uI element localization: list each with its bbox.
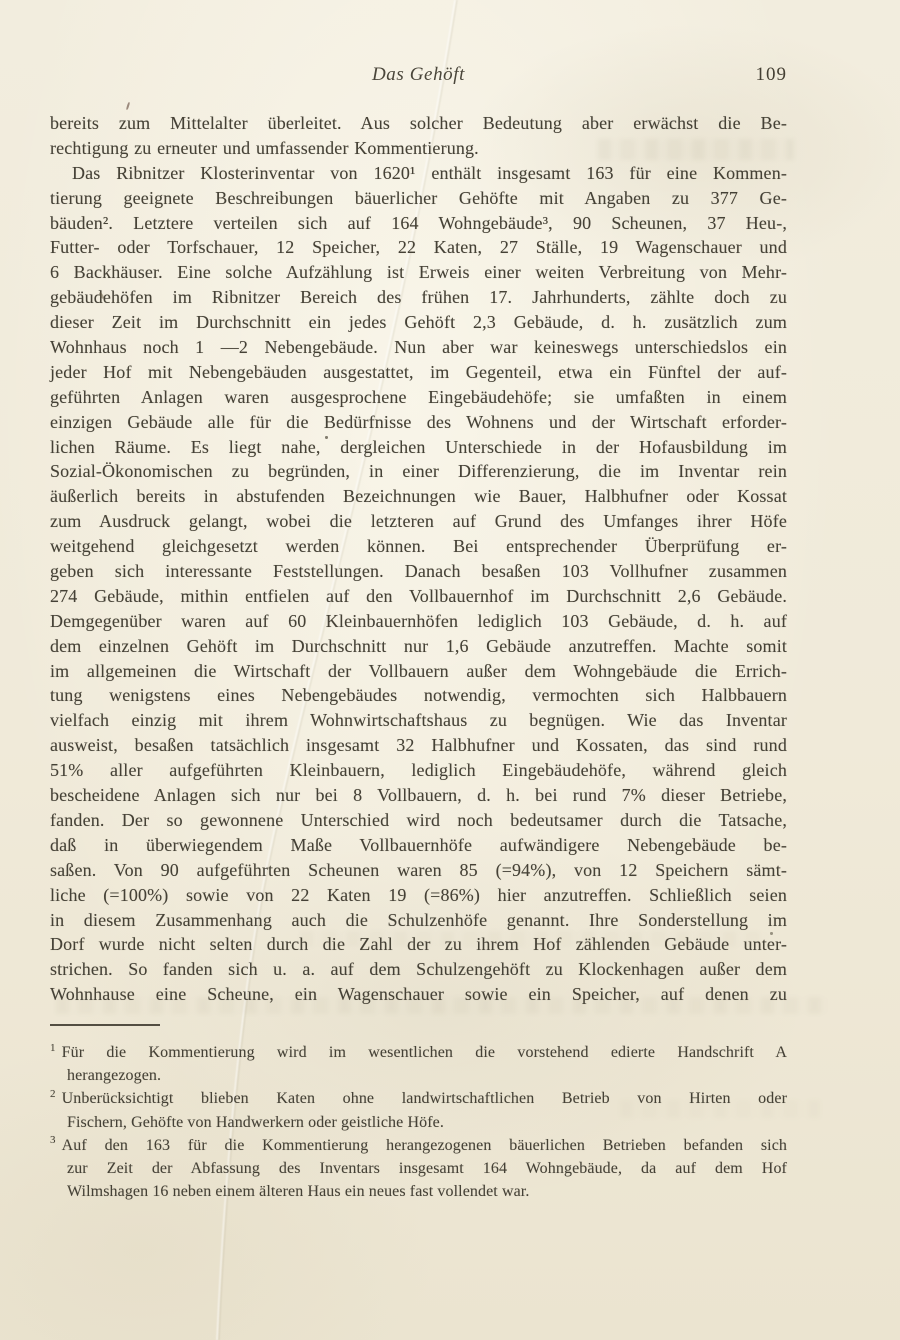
text-line: geben sich interessante Feststellungen. …	[50, 559, 787, 584]
text-line: gebäudehöfen im Ribnitzer Bereich des fr…	[50, 285, 787, 310]
footnote-marker: 1	[50, 1042, 56, 1054]
footnote-first-line: 3Auf den 163 für die Kommentierung heran…	[50, 1134, 787, 1157]
text-line: 51% aller aufgeführten Kleinbauern, ledi…	[50, 758, 787, 783]
footnote-line: Wilmshagen 16 neben einem älteren Haus e…	[50, 1180, 787, 1203]
text-line: tung wenigstens eines Nebengebäudes notw…	[50, 683, 787, 708]
footnote-marker: 3	[50, 1134, 56, 1146]
text-line: jeder Hof mit Nebengebäuden ausgestattet…	[50, 360, 787, 385]
footnote-marker: 2	[50, 1088, 56, 1100]
text-line: bescheidene Anlagen sich nur bei 8 Vollb…	[50, 783, 787, 808]
text-line: Sozial-Ökonomischen zu begründen, in ein…	[50, 459, 787, 484]
text-line: Futter- oder Torfschauer, 12 Speicher, 2…	[50, 235, 787, 260]
text-line: vielfach einzig mit ihrem Wohnwirtschaft…	[50, 708, 787, 733]
text-line: saßen. Von 90 aufgeführten Scheunen ware…	[50, 858, 787, 883]
text-line: einzigen Gebäude alle für die Bedürfniss…	[50, 410, 787, 435]
footnote-separator-rule	[50, 1024, 160, 1026]
text-line: zum Ausdruck gelangt, wobei die letztere…	[50, 509, 787, 534]
text-line: weitgehend gleichgesetzt werden können. …	[50, 534, 787, 559]
text-line: geführten Anlagen waren ausgesprochene E…	[50, 385, 787, 410]
text-line: Dorf wurde nicht selten durch die Zahl d…	[50, 932, 787, 957]
footnote-line: zur Zeit der Abfassung des Inventars ins…	[50, 1157, 787, 1180]
text-line: Wohnhaus noch 1 —2 Nebengebäude. Nun abe…	[50, 335, 787, 360]
text-line: äußerlich bereits in abstufenden Bezeich…	[50, 484, 787, 509]
text-line: bereits zum Mittelalter überleitet. Aus …	[50, 111, 787, 136]
text-line: liche (=100%) sowie von 22 Katen 19 (=86…	[50, 883, 787, 908]
footnote-line: Fischern, Gehöfte von Handwerkern oder g…	[50, 1111, 787, 1134]
footnote-line: herangezogen.	[50, 1064, 787, 1087]
text-line: dieser Zeit im Durchschnitt ein jedes Ge…	[50, 310, 787, 335]
text-line: tierung geeignete Beschreibungen bäuerli…	[50, 186, 787, 211]
text-line: Demgegenüber waren auf 60 Kleinbauernhöf…	[50, 609, 787, 634]
text-line: ausweist, besaßen tatsächlich insgesamt …	[50, 733, 787, 758]
footnotes: 1Für die Kommentierung wird im wesentlic…	[50, 1041, 787, 1203]
page-header: Das Gehöft 109	[50, 64, 787, 90]
running-title: Das Gehöft	[50, 64, 787, 86]
paper-speck	[126, 102, 130, 110]
text-line: 274 Gebäude, mithin entfielen auf den Vo…	[50, 584, 787, 609]
text-line: im allgemeinen die Wirtschaft der Vollba…	[50, 659, 787, 684]
footnote-first-line: 2Unberücksichtigt blieben Katen ohne lan…	[50, 1087, 787, 1110]
text-line: 6 Backhäuser. Eine solche Aufzählung ist…	[50, 260, 787, 285]
body-text: bereits zum Mittelalter überleitet. Aus …	[50, 111, 787, 1007]
book-page: Das Gehöft 109 bereits zum Mittelalter ü…	[0, 0, 900, 1340]
text-line: fanden. Der so gewonnene Unterschied wir…	[50, 808, 787, 833]
text-line: in diesem Zusammenhang auch die Schulzen…	[50, 908, 787, 933]
text-line: daß in überwiegendem Maße Vollbauernhöfe…	[50, 833, 787, 858]
text-line: Das Ribnitzer Klosterinventar von 1620¹ …	[50, 161, 787, 186]
text-line: strichen. So fanden sich u. a. auf dem S…	[50, 957, 787, 982]
text-line: Wohnhause eine Scheune, ein Wagenschauer…	[50, 982, 787, 1007]
text-line: rechtigung zu erneuter und umfassender K…	[50, 136, 787, 161]
footnote-first-line: 1Für die Kommentierung wird im wesentlic…	[50, 1041, 787, 1064]
text-line: bäuden². Letztere verteilen sich auf 164…	[50, 211, 787, 236]
text-line: dem einzelnen Gehöft im Durchschnitt nur…	[50, 634, 787, 659]
page-number: 109	[756, 64, 788, 86]
text-line: lichen Räume. Es liegt nahe, dergleichen…	[50, 435, 787, 460]
